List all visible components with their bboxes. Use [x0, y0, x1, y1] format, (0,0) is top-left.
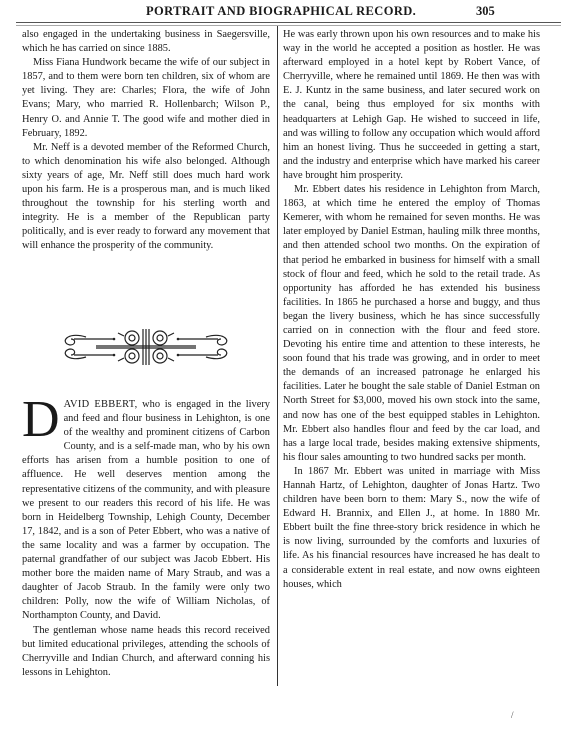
paragraph: also engaged in the undertaking business… — [22, 28, 270, 56]
paragraph: Miss Fiana Hundwork became the wife of o… — [22, 56, 270, 141]
page-number: 305 — [476, 4, 495, 19]
paragraph: He was early thrown upon his own resourc… — [283, 28, 540, 183]
footer-mark: / — [511, 710, 514, 720]
paragraph: The gentleman whose name heads this reco… — [22, 624, 270, 680]
drop-cap: D — [22, 400, 60, 444]
decorative-scroll-ornament-icon — [56, 327, 236, 367]
running-header: PORTRAIT AND BIOGRAPHICAL RECORD. 305 — [0, 4, 562, 24]
left-column: also engaged in the undertaking business… — [22, 28, 270, 254]
paragraph: Mr. Neff is a devoted member of the Refo… — [22, 141, 270, 254]
column-divider — [277, 26, 278, 686]
running-title: PORTRAIT AND BIOGRAPHICAL RECORD. — [146, 4, 416, 19]
header-rule-secondary — [16, 25, 561, 26]
article-first-paragraph: DAVID EBBERT, who is engaged in the live… — [22, 398, 270, 624]
paragraph: In 1867 Mr. Ebbert was united in marriag… — [283, 465, 540, 592]
article-ebbert: DAVID EBBERT, who is engaged in the live… — [22, 398, 270, 680]
right-column: He was early thrown upon his own resourc… — [283, 28, 540, 592]
header-rule — [16, 22, 561, 23]
paragraph: Mr. Ebbert dates his residence in Lehigh… — [283, 183, 540, 465]
subject-name: AVID EBBERT, — [64, 399, 138, 410]
